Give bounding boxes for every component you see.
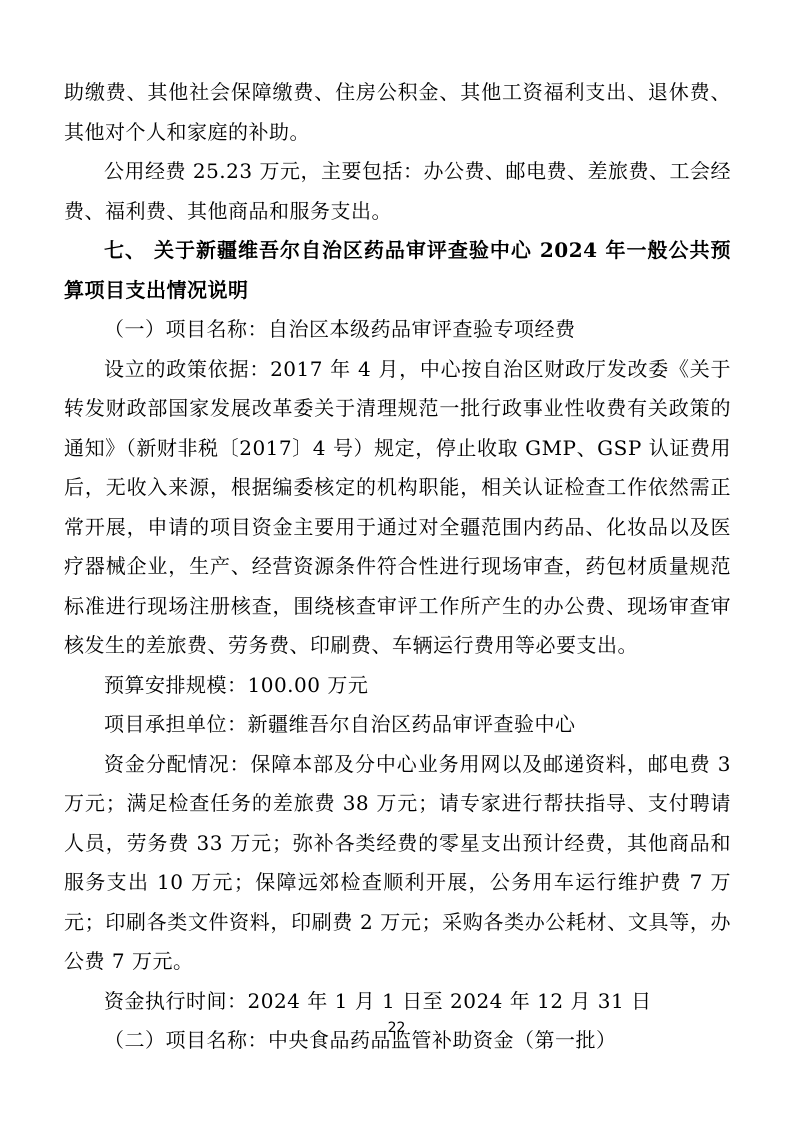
paragraph-continuation: 助缴费、其他社会保障缴费、住房公积金、其他工资福利支出、退休费、其他对个人和家庭… <box>64 73 731 152</box>
paragraph-budget-scale: 预算安排规模：100.00 万元 <box>64 666 731 706</box>
paragraph-public-expense: 公用经费 25.23 万元，主要包括：办公费、邮电费、差旅费、工会经费、福利费、… <box>64 152 731 231</box>
paragraph-policy-basis: 设立的政策依据：2017 年 4 月，中心按自治区财政厅发改委《关于转发财政部国… <box>64 350 731 666</box>
paragraph-project-1-name: （一）项目名称：自治区本级药品审评查验专项经费 <box>64 310 731 350</box>
document-body: 助缴费、其他社会保障缴费、住房公积金、其他工资福利支出、退休费、其他对个人和家庭… <box>64 73 731 1061</box>
section-heading: 七、 关于新疆维吾尔自治区药品审评查验中心 2024 年一般公共预算项目支出情况… <box>64 231 731 310</box>
document-page: 助缴费、其他社会保障缴费、住房公积金、其他工资福利支出、退休费、其他对个人和家庭… <box>0 0 793 1122</box>
page-number: 22 <box>0 1020 793 1036</box>
paragraph-fund-allocation: 资金分配情况：保障本部及分中心业务用网以及邮递资料，邮电费 3 万元；满足检查任… <box>64 745 731 982</box>
paragraph-execution-period: 资金执行时间：2024 年 1 月 1 日至 2024 年 12 月 31 日 <box>64 982 731 1022</box>
paragraph-undertaking-unit: 项目承担单位：新疆维吾尔自治区药品审评查验中心 <box>64 705 731 745</box>
